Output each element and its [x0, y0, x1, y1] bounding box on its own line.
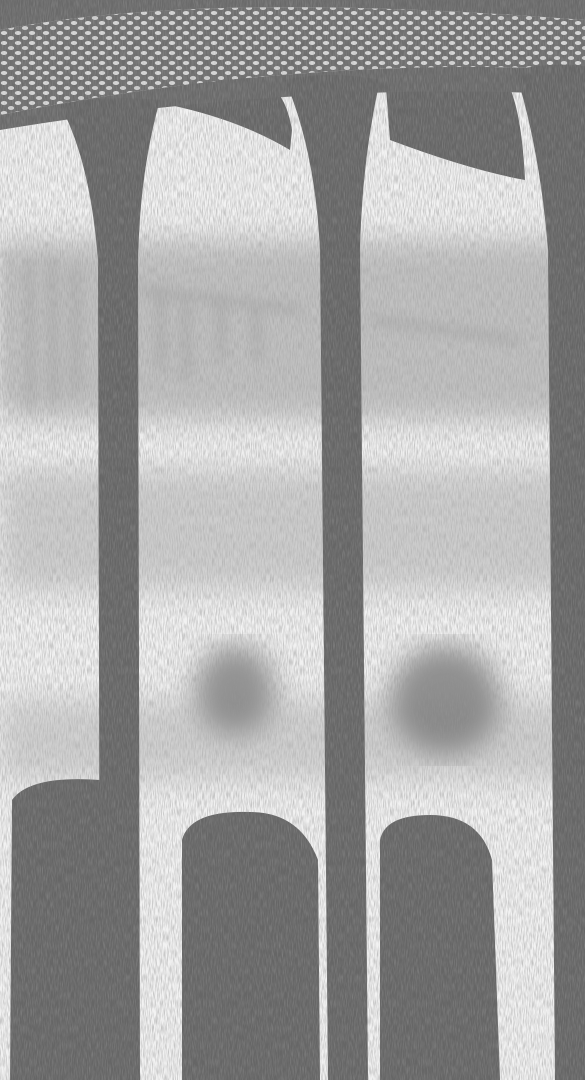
- arcade-sketch-image: [0, 0, 585, 1080]
